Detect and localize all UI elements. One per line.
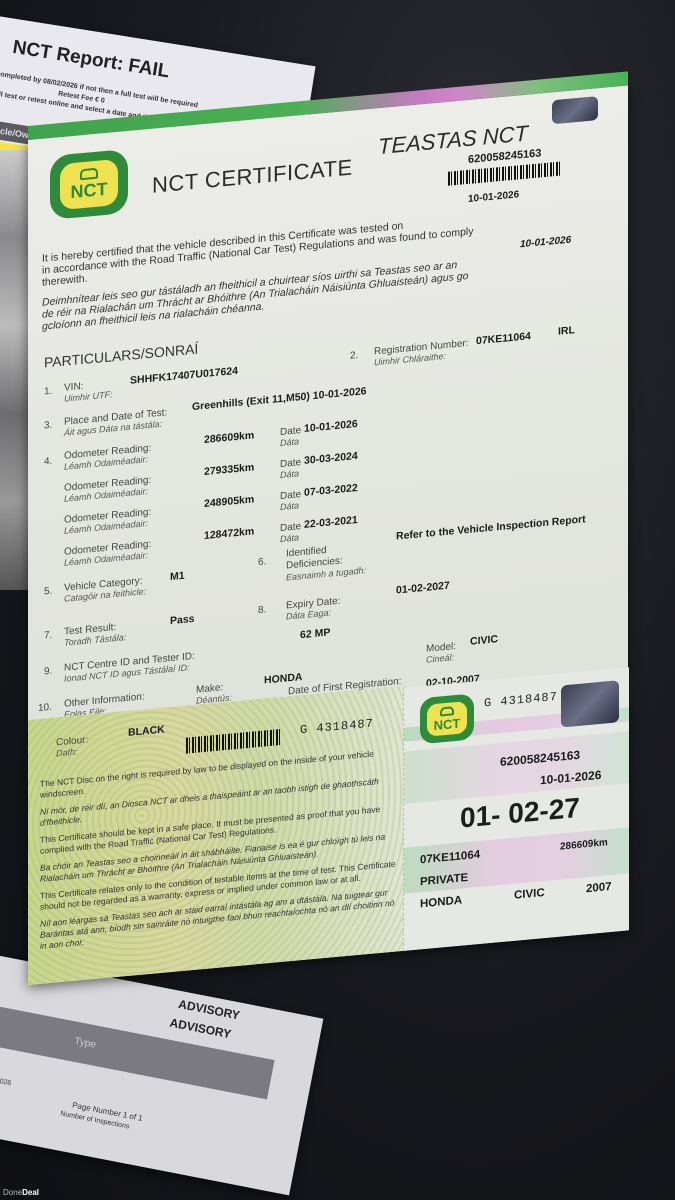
nct-certificate: NCT NCT CERTIFICATE TEASTAS NCT 62005824…: [28, 85, 628, 985]
result-value: Pass: [170, 613, 195, 627]
footnotes: The NCT Disc on the right is required by…: [40, 746, 400, 958]
odometer-date-label-ga: Dáta: [280, 500, 299, 512]
field-number: 7.: [44, 630, 52, 642]
colour-label-ga: Dath:: [56, 746, 78, 758]
deficiencies-value: Refer to the Vehicle Inspection Report: [396, 513, 586, 542]
registration-value: 07KE11064: [476, 330, 531, 347]
hologram-icon: [552, 96, 598, 124]
disc-nct-logo: NCT: [420, 693, 474, 744]
field-number: 1.: [44, 386, 52, 398]
vin-value: SHHFK17407U017624: [130, 365, 238, 387]
centre-value: 62 MP: [300, 626, 330, 641]
odometer-date-label-ga: Dáta: [280, 532, 299, 544]
category-value: M1: [170, 570, 185, 583]
model-label-ga: Cineál:: [426, 652, 454, 665]
barcode-icon: [448, 162, 560, 186]
place-date-value: Greenhills (Exit 11,M50) 10-01-2026: [192, 385, 367, 413]
test-date-top: 10-01-2026: [468, 189, 519, 205]
donedeal-watermark: DoneDeal: [3, 1188, 39, 1197]
logo-text: NCT: [71, 178, 108, 202]
disc-model: CIVIC: [514, 887, 545, 902]
nct-logo: NCT: [50, 149, 128, 220]
odometer-date: 07-03-2022: [304, 482, 358, 499]
field-number: 2.: [350, 350, 358, 362]
certificate-title-en: NCT CERTIFICATE: [152, 154, 353, 198]
field-number: 6.: [258, 556, 266, 568]
report-side-strip: [0, 150, 30, 590]
odometer-value: 128472km: [204, 525, 254, 542]
field-number: 9.: [44, 666, 52, 678]
disc-make: HONDA: [420, 894, 462, 910]
hologram-icon: [561, 680, 619, 727]
odometer-date-label-ga: Dáta: [280, 436, 299, 448]
expiry-value: 01-02-2027: [396, 580, 450, 597]
odometer-value: 286609km: [204, 429, 254, 446]
test-date-ga: 10-01-2026: [520, 235, 571, 251]
field-number: 5.: [44, 586, 52, 598]
car-icon: [440, 706, 454, 716]
registration-country: IRL: [558, 324, 575, 338]
odometer-date: 10-01-2026: [304, 418, 358, 435]
field-number: 4.: [44, 456, 52, 468]
make-value: HONDA: [264, 671, 303, 687]
odometer-date: 30-03-2024: [304, 450, 358, 467]
odometer-value: 279335km: [204, 461, 254, 478]
report-date: 10-01-2026: [0, 1074, 12, 1088]
model-value: CIVIC: [470, 633, 498, 648]
disc-logo-text: NCT: [434, 715, 461, 732]
disc-serial: G 4318487: [484, 690, 558, 711]
field-number: 8.: [258, 604, 266, 616]
field-number: 3.: [44, 420, 52, 432]
disc-year: 2007: [586, 881, 612, 895]
odometer-date: 22-03-2021: [304, 514, 358, 531]
field-number: 10.: [38, 702, 52, 714]
particulars-heading: PARTICULARS/SONRAÍ: [44, 341, 198, 371]
odometer-date-label-ga: Dáta: [280, 468, 299, 480]
car-icon: [80, 167, 98, 180]
odometer-value: 248905km: [204, 493, 254, 510]
nct-disc: NCT G 4318487 620058245163 10-01-2026 01…: [403, 667, 629, 951]
disc-expiry: 01- 02-27: [460, 792, 580, 835]
